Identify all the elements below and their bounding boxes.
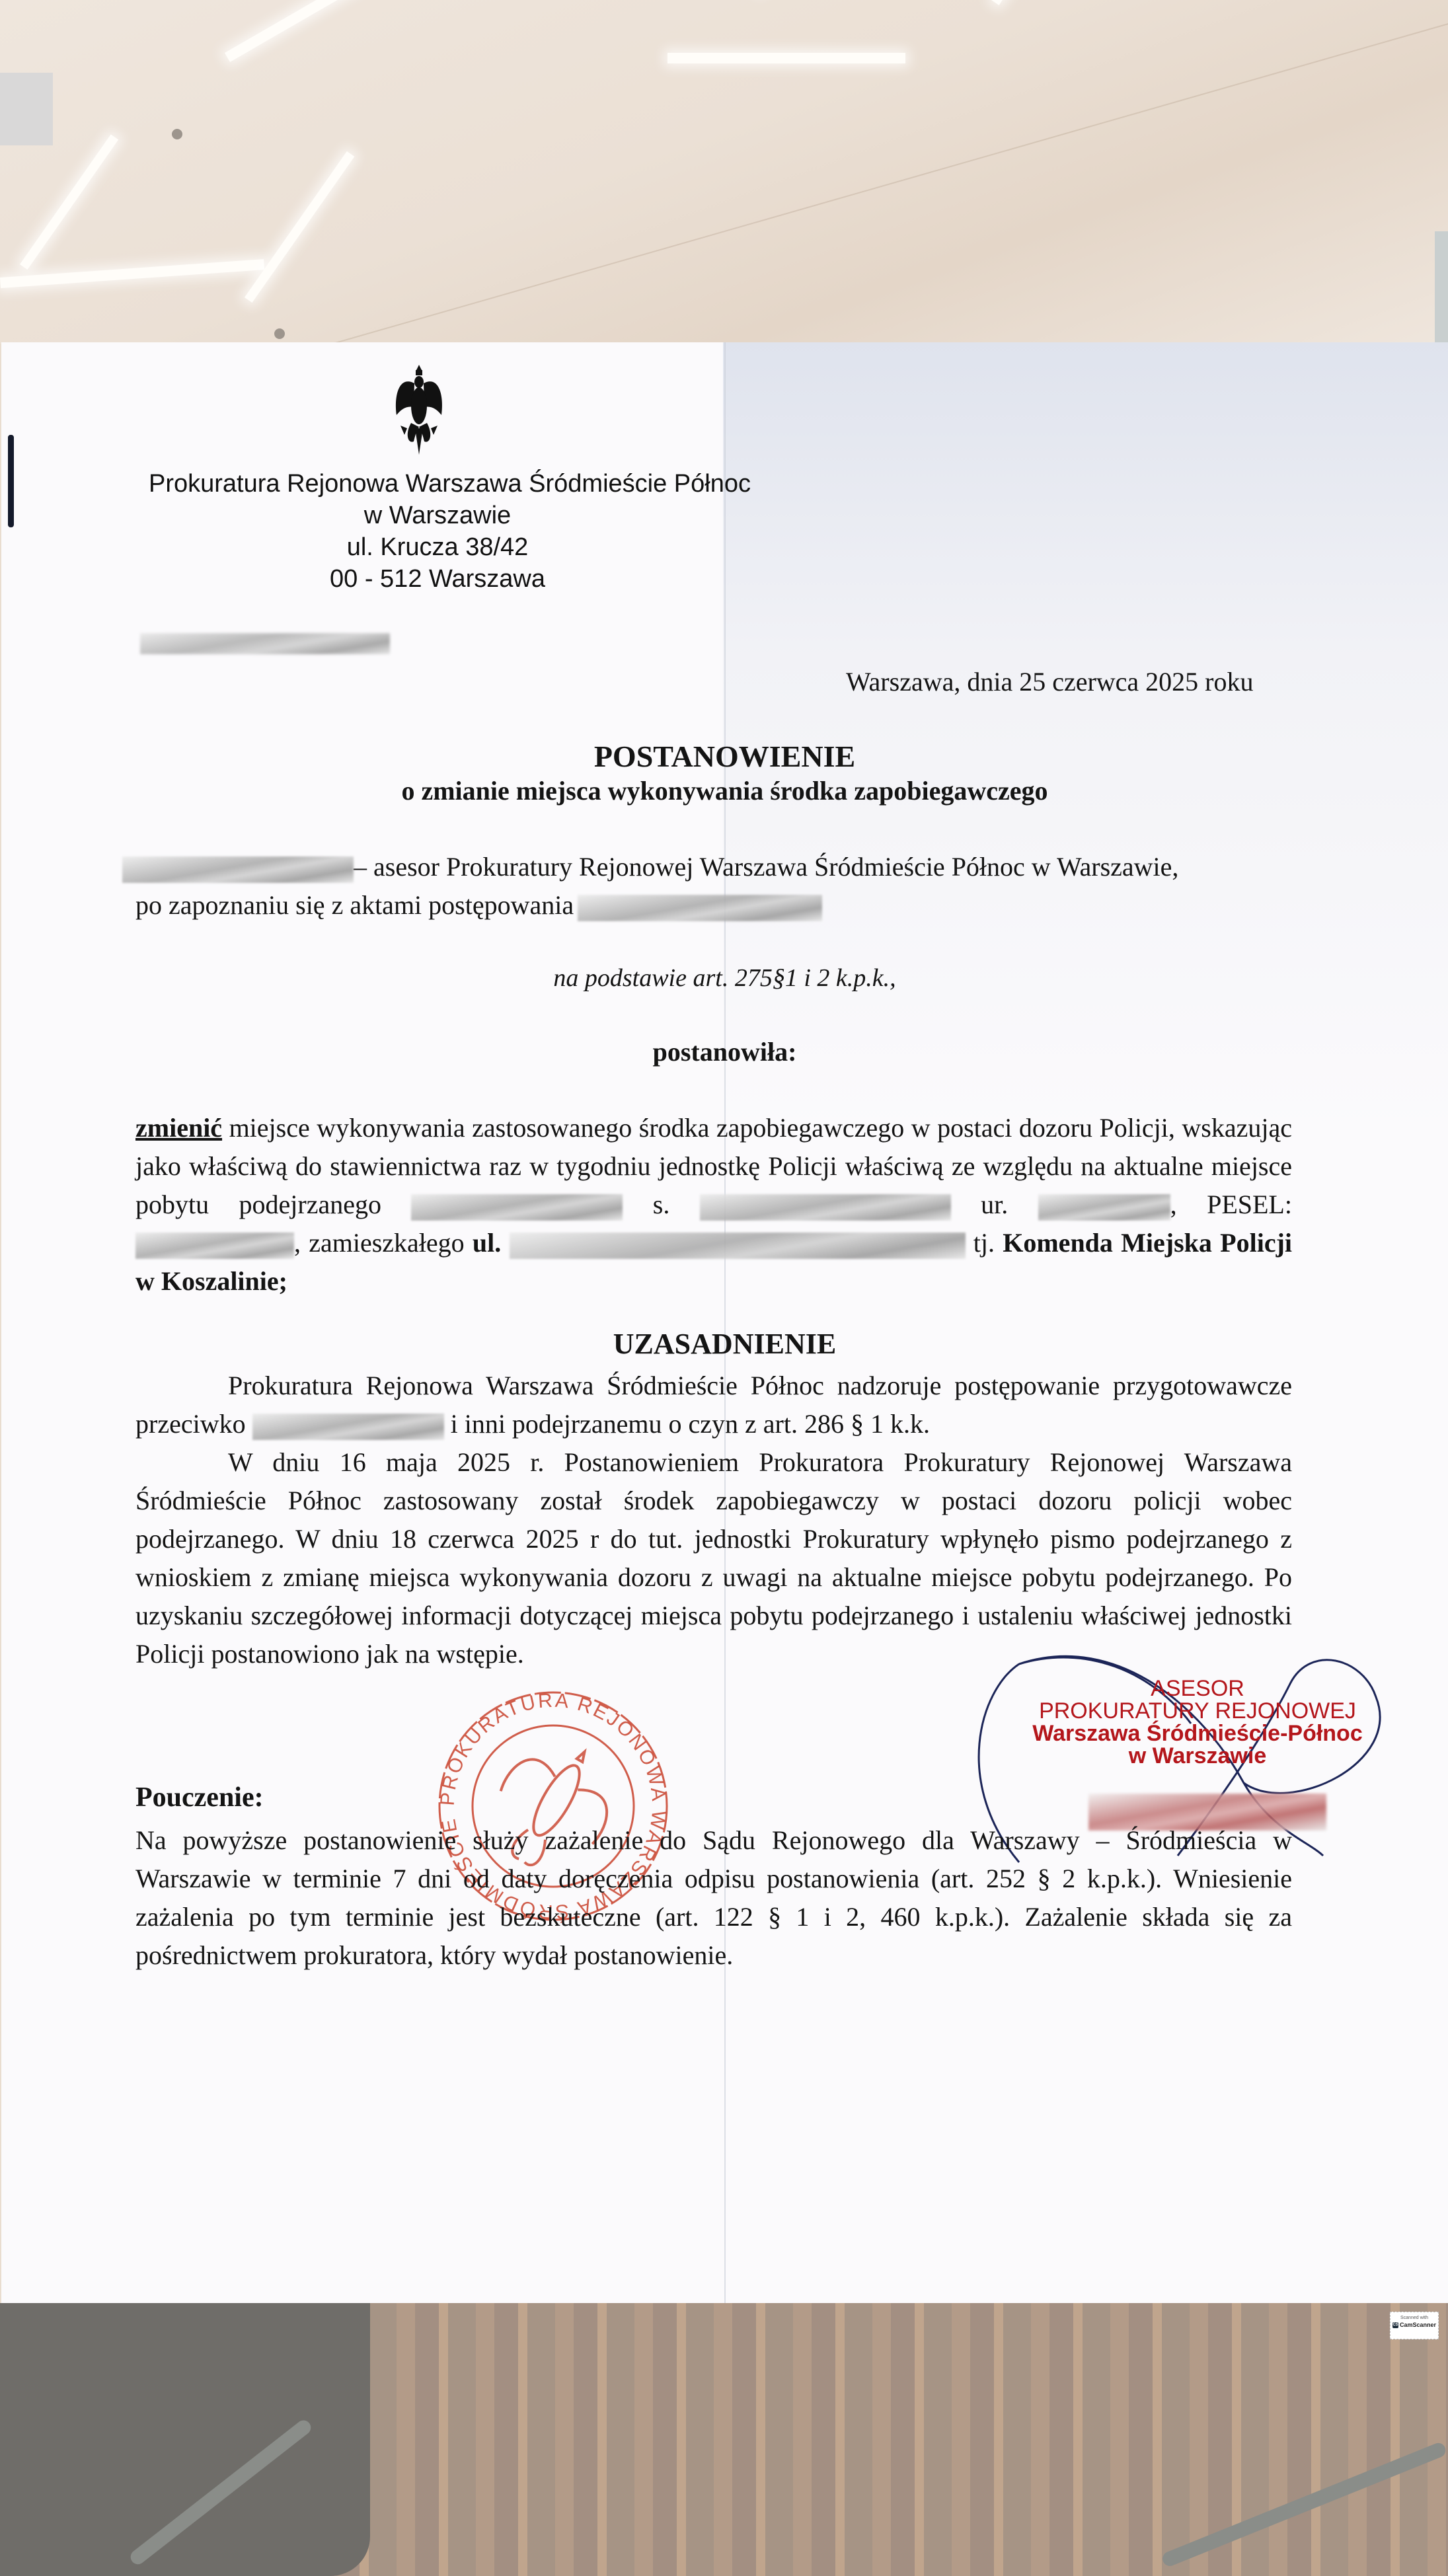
polish-eagle-emblem-icon	[393, 362, 445, 461]
watermark-caption: Scanned with	[1391, 2315, 1438, 2322]
chair-back	[0, 2303, 370, 2576]
watermark-brand: CamScanner	[1400, 2322, 1436, 2328]
stamp-line-4: w Warszawie	[1032, 1745, 1363, 1767]
camscanner-logo-icon: CS	[1392, 2322, 1398, 2328]
instruction-heading: Pouczenie:	[135, 1782, 264, 1813]
official-name-stamp: ASESOR PROKURATURY REJONOWEJ Warszawa Śr…	[1032, 1677, 1363, 1767]
institution-postal: 00 - 512 Warszawa	[120, 563, 755, 595]
background-floor-photo	[0, 2303, 1448, 2576]
birth-label: ur.	[951, 1190, 1038, 1219]
decision-verb: zmienić	[135, 1113, 222, 1143]
background-ceiling-photo	[0, 0, 1448, 344]
ceiling-light	[20, 134, 118, 270]
document-subtitle: o zmianie miejsca wykonywania środka zap…	[1, 775, 1448, 806]
redacted-suspect-name	[411, 1194, 623, 1221]
redacted-case-number	[140, 633, 390, 654]
ceiling-light	[667, 53, 905, 63]
binder-clip-mark	[8, 435, 14, 527]
institution-header: Prokuratura Rejonowa Warszawa Śródmieści…	[120, 468, 755, 595]
place-and-date: Warszawa, dnia 25 czerwca 2025 roku	[846, 666, 1254, 697]
ie-label: tj.	[966, 1228, 1003, 1258]
camscanner-watermark: Scanned with CSCamScanner	[1390, 2312, 1439, 2339]
justification-p1-b: i inni podejrzanemu o czyn z art. 286 § …	[444, 1409, 930, 1439]
redacted-address	[510, 1232, 966, 1259]
redacted-father-name	[700, 1194, 951, 1221]
stamp-line-2: PROKURATURY REJONOWEJ	[1032, 1700, 1363, 1722]
street-label: ul.	[473, 1228, 501, 1258]
ceiling-panel	[0, 73, 53, 145]
resident-label: , zamieszkałego	[294, 1228, 473, 1258]
justification-heading: UZASADNIENIE	[1, 1327, 1448, 1361]
redacted-suspect-name-2	[252, 1414, 444, 1440]
ceiling-light	[245, 151, 354, 303]
decision-paragraph: zmienić miejsce wykonywania zastosowaneg…	[135, 1109, 1292, 1301]
ceiling-light	[225, 0, 379, 62]
father-name-label: s.	[623, 1190, 699, 1219]
redacted-birth-date	[1038, 1194, 1170, 1221]
scanned-document: Prokuratura Rejonowa Warszawa Śródmieści…	[1, 342, 1448, 2303]
paper-fold-line	[724, 342, 726, 2303]
pesel-label: , PESEL:	[1170, 1190, 1292, 1219]
chair-frame	[1161, 2441, 1448, 2568]
redacted-case-reference	[578, 895, 822, 921]
legal-basis: na podstawie art. 275§1 i 2 k.p.k.,	[1, 964, 1448, 993]
ceiling-light	[991, 0, 1044, 5]
document-title: POSTANOWIENIE	[1, 739, 1448, 774]
ceiling-edge	[330, 0, 1448, 344]
stamp-line-3: Warszawa Śródmieście-Północ	[1032, 1722, 1363, 1745]
ceiling-light	[0, 259, 264, 288]
ceiling-sensor	[172, 129, 182, 139]
redacted-name	[122, 856, 354, 883]
redacted-pesel	[135, 1232, 294, 1259]
ceiling-sensor	[274, 328, 285, 339]
stamp-line-1: ASESOR	[1032, 1677, 1363, 1700]
institution-street: ul. Krucza 38/42	[120, 531, 755, 563]
institution-name: Prokuratura Rejonowa Warszawa Śródmieści…	[149, 468, 755, 500]
intro-line-1: – asesor Prokuratury Rejonowej Warszawa …	[354, 852, 1178, 882]
wall-window	[1435, 231, 1448, 344]
decided-heading: postanowiła:	[1, 1036, 1448, 1067]
intro-paragraph: – asesor Prokuratury Rejonowej Warszawa …	[135, 848, 1292, 925]
instruction-paragraph: Na powyższe postanowienie służy zażaleni…	[135, 1821, 1292, 1975]
intro-line-2: po zapoznaniu się z aktami postępowania	[135, 890, 574, 920]
institution-city: w Warszawie	[120, 500, 755, 531]
